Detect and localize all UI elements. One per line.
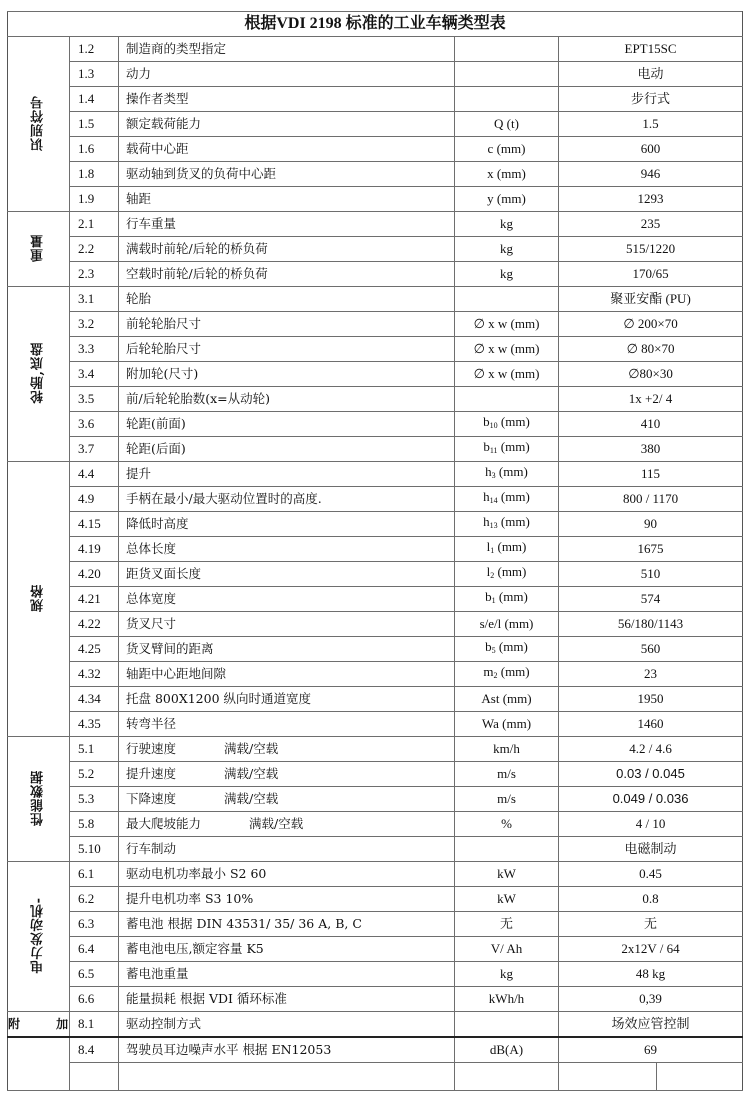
table-row: 1.6载荷中心距c (mm)600 xyxy=(8,137,743,162)
row-unit: % xyxy=(455,812,559,837)
row-label: 蓄电池电压,额定容量 K5 xyxy=(119,937,455,962)
table-row: 4.34托盘 800X1200 纵向时通道宽度Ast (mm)1950 xyxy=(8,687,743,712)
row-value: 1950 xyxy=(559,687,743,712)
label-text: 货叉臂间的距离 xyxy=(126,641,214,656)
row-number: 6.5 xyxy=(70,962,119,987)
label-text: 驱动电机功率最小 S2 60 xyxy=(126,866,266,881)
vdi-spec-sheet: 根据VDI 2198 标准的工业车辆类型表 识别符号1.2制造商的类型指定EPT… xyxy=(7,11,742,1091)
row-number: 4.25 xyxy=(70,637,119,662)
row-value: 4 / 10 xyxy=(559,812,743,837)
row-label: 行驶速度满载/空载 xyxy=(119,737,455,762)
row-value: 0,39 xyxy=(559,987,743,1012)
label-text: 距货叉面长度 xyxy=(126,566,201,581)
group-label: 性能数据 xyxy=(32,770,46,826)
table-row: 3.3后轮轮胎尺寸∅ x w (mm)∅ 80×70 xyxy=(8,337,743,362)
row-unit: kg xyxy=(455,962,559,987)
row-number: 3.6 xyxy=(70,412,119,437)
row-label: 转弯半径 xyxy=(119,712,455,737)
row-label: 能量损耗 根据 VDI 循环标准 xyxy=(119,987,455,1012)
row-number: 4.35 xyxy=(70,712,119,737)
row-label: 操作者类型 xyxy=(119,87,455,112)
row-number: 3.2 xyxy=(70,312,119,337)
label-text: 最大爬坡能力 xyxy=(126,816,201,831)
row-label: 额定载荷能力 xyxy=(119,112,455,137)
row-number: 1.8 xyxy=(70,162,119,187)
row-label: 满载时前轮/后轮的桥负荷 xyxy=(119,237,455,262)
table-row: 4.32轴距中心距地间隙m2 (mm)23 xyxy=(8,662,743,687)
row-label: 轮距(前面) xyxy=(119,412,455,437)
row-number: 3.5 xyxy=(70,387,119,412)
label-text: 提升速度 xyxy=(126,766,176,781)
label-text: 提升电机功率 S3 10% xyxy=(126,891,253,906)
row-value: 无 xyxy=(559,912,743,937)
row-label: 前轮轮胎尺寸 xyxy=(119,312,455,337)
row-unit xyxy=(455,387,559,412)
label-text: 蓄电池电压,额定容量 K5 xyxy=(126,941,264,956)
row-unit: 无 xyxy=(455,912,559,937)
row-number: 5.10 xyxy=(70,837,119,862)
label-text: 轮距(后面) xyxy=(126,441,186,456)
group-label: 识别符号 xyxy=(32,95,46,151)
label-text: 轮胎 xyxy=(126,291,151,306)
table-row: 4.35转弯半径Wa (mm)1460 xyxy=(8,712,743,737)
label-text: 转弯半径 xyxy=(126,716,176,731)
unit-part: (mm) xyxy=(497,664,529,679)
group-label: 规格 xyxy=(32,584,46,612)
row-unit: h14 (mm) xyxy=(455,487,559,512)
row-number: 1.3 xyxy=(70,62,119,87)
row-label: 驾驶员耳边噪声水平 根据 EN12053 xyxy=(119,1037,455,1063)
label-text: 降低时高度 xyxy=(126,516,189,531)
table-row: 5.10行车制动电磁制动 xyxy=(8,837,743,862)
row-value: ∅ 200×70 xyxy=(559,312,743,337)
row-unit xyxy=(455,287,559,312)
row-number: 4.34 xyxy=(70,687,119,712)
row-number: 3.1 xyxy=(70,287,119,312)
row-unit: l1 (mm) xyxy=(455,537,559,562)
row-value: 1x +2/ 4 xyxy=(559,387,743,412)
label-text: 行车重量 xyxy=(126,216,176,231)
table-row: 识别符号1.2制造商的类型指定EPT15SC xyxy=(8,37,743,62)
group-empty xyxy=(8,1037,70,1091)
group-identification: 识别符号 xyxy=(8,37,70,212)
row-number: 6.2 xyxy=(70,887,119,912)
label-text: 轴距中心距地间隙 xyxy=(126,666,226,681)
row-label: 制造商的类型指定 xyxy=(119,37,455,62)
label-text: 附加轮(尺寸) xyxy=(126,366,198,381)
row-number: 4.9 xyxy=(70,487,119,512)
label-text: 驱动控制方式 xyxy=(126,1016,201,1031)
label-condition: 满载/空载 xyxy=(224,742,278,756)
spec-table: 根据VDI 2198 标准的工业车辆类型表 识别符号1.2制造商的类型指定EPT… xyxy=(7,11,743,1091)
row-number: 4.15 xyxy=(70,512,119,537)
empty-cell xyxy=(119,1063,455,1091)
row-value: 410 xyxy=(559,412,743,437)
row-value: 69 xyxy=(559,1037,743,1063)
row-label: 前/后轮轮胎数(x=从动轮) xyxy=(119,387,455,412)
label-text: 手柄在最小/最大驱动位置时的高度. xyxy=(126,491,322,506)
row-label: 降低时高度 xyxy=(119,512,455,537)
row-unit: kW xyxy=(455,862,559,887)
empty-cell xyxy=(455,1063,559,1091)
row-value: 0.03 / 0.045 xyxy=(559,762,743,787)
unit-part: 14 xyxy=(490,496,498,505)
table-row: 4.22货叉尺寸s/e/l (mm)56/180/1143 xyxy=(8,612,743,637)
row-value: EPT15SC xyxy=(559,37,743,62)
row-unit: b10 (mm) xyxy=(455,412,559,437)
row-label: 载荷中心距 xyxy=(119,137,455,162)
table-row: 4.19总体长度l1 (mm)1675 xyxy=(8,537,743,562)
row-label: 货叉尺寸 xyxy=(119,612,455,637)
table-row: 5.2提升速度满载/空载m/s0.03 / 0.045 xyxy=(8,762,743,787)
row-number: 1.4 xyxy=(70,87,119,112)
label-text: 动力 xyxy=(126,66,151,81)
row-label: 下降速度满载/空载 xyxy=(119,787,455,812)
row-label: 驱动电机功率最小 S2 60 xyxy=(119,862,455,887)
unit-part: (mm) xyxy=(498,489,530,504)
label-text: 能量损耗 根据 VDI 循环标准 xyxy=(126,991,287,1006)
row-number: 4.4 xyxy=(70,462,119,487)
row-number: 5.2 xyxy=(70,762,119,787)
row-number: 6.4 xyxy=(70,937,119,962)
group-label: 电力发动机- xyxy=(32,897,46,973)
table-row: 电力发动机-6.1驱动电机功率最小 S2 60kW0.45 xyxy=(8,862,743,887)
table-row: 3.5前/后轮轮胎数(x=从动轮)1x +2/ 4 xyxy=(8,387,743,412)
row-number: 8.1 xyxy=(70,1012,119,1038)
row-label: 空载时前轮/后轮的桥负荷 xyxy=(119,262,455,287)
table-row: 2.2满载时前轮/后轮的桥负荷kg515/1220 xyxy=(8,237,743,262)
row-number: 2.3 xyxy=(70,262,119,287)
row-value: 515/1220 xyxy=(559,237,743,262)
row-number: 3.4 xyxy=(70,362,119,387)
table-row: 4.25货叉臂间的距离b5 (mm)560 xyxy=(8,637,743,662)
table-row: 性能数据5.1行驶速度满载/空载km/h4.2 / 4.6 xyxy=(8,737,743,762)
label-text: 空载时前轮/后轮的桥负荷 xyxy=(126,266,268,281)
row-value: 2x12V / 64 xyxy=(559,937,743,962)
unit-part: (mm) xyxy=(498,414,530,429)
label-text: 总体宽度 xyxy=(126,591,176,606)
row-value: 48 kg xyxy=(559,962,743,987)
row-value: 800 / 1170 xyxy=(559,487,743,512)
row-label: 轴距中心距地间隙 xyxy=(119,662,455,687)
table-row: 6.5蓄电池重量kg48 kg xyxy=(8,962,743,987)
row-value: 聚亚安酯 (PU) xyxy=(559,287,743,312)
row-unit: ∅ x w (mm) xyxy=(455,362,559,387)
empty-cell xyxy=(559,1063,657,1091)
row-unit: ∅ x w (mm) xyxy=(455,337,559,362)
row-unit xyxy=(455,87,559,112)
unit-part: (mm) xyxy=(494,564,526,579)
title-row: 根据VDI 2198 标准的工业车辆类型表 xyxy=(8,12,743,37)
row-value: 场效应管控制 xyxy=(559,1012,743,1038)
row-unit: b11 (mm) xyxy=(455,437,559,462)
row-number: 1.6 xyxy=(70,137,119,162)
row-value: 946 xyxy=(559,162,743,187)
empty-cell xyxy=(657,1063,743,1091)
row-unit: b5 (mm) xyxy=(455,637,559,662)
row-label: 最大爬坡能力满载/空载 xyxy=(119,812,455,837)
row-value: 56/180/1143 xyxy=(559,612,743,637)
table-row: 4.15降低时高度h13 (mm)90 xyxy=(8,512,743,537)
row-label: 货叉臂间的距离 xyxy=(119,637,455,662)
row-unit: x (mm) xyxy=(455,162,559,187)
table-row: 1.3动力电动 xyxy=(8,62,743,87)
row-unit: s/e/l (mm) xyxy=(455,612,559,637)
group-label: 附 加 数 xyxy=(8,1017,70,1031)
row-label: 蓄电池重量 xyxy=(119,962,455,987)
row-number: 5.3 xyxy=(70,787,119,812)
row-value: 380 xyxy=(559,437,743,462)
row-value: 0.45 xyxy=(559,862,743,887)
table-row: 3.7轮距(后面)b11 (mm)380 xyxy=(8,437,743,462)
row-value: 510 xyxy=(559,562,743,587)
label-text: 蓄电池 根据 DIN 43531/ 35/ 36 A, B, C xyxy=(126,916,362,931)
row-number: 1.5 xyxy=(70,112,119,137)
row-label: 提升电机功率 S3 10% xyxy=(119,887,455,912)
label-text: 前轮轮胎尺寸 xyxy=(126,316,201,331)
row-number: 4.19 xyxy=(70,537,119,562)
row-value: 电动 xyxy=(559,62,743,87)
table-row: 3.2前轮轮胎尺寸∅ x w (mm)∅ 200×70 xyxy=(8,312,743,337)
table-row: 2.3空载时前轮/后轮的桥负荷kg170/65 xyxy=(8,262,743,287)
label-text: 蓄电池重量 xyxy=(126,966,189,981)
label-text: 驱动轴到货叉的负荷中心距 xyxy=(126,166,276,181)
unit-part: 10 xyxy=(490,421,498,430)
row-label: 驱动控制方式 xyxy=(119,1012,455,1038)
row-value: 23 xyxy=(559,662,743,687)
table-row: 1.5额定载荷能力Q (t)1.5 xyxy=(8,112,743,137)
row-value: 1675 xyxy=(559,537,743,562)
group-tires: 轮胎,底盘 xyxy=(8,287,70,462)
unit-part: m xyxy=(483,664,493,679)
row-label: 附加轮(尺寸) xyxy=(119,362,455,387)
row-number: 6.6 xyxy=(70,987,119,1012)
table-row: 附 加 数8.1驱动控制方式场效应管控制 xyxy=(8,1012,743,1038)
label-text: 驾驶员耳边噪声水平 根据 EN12053 xyxy=(126,1042,331,1057)
row-unit: V/ Ah xyxy=(455,937,559,962)
table-row: 6.2提升电机功率 S3 10%kW0.8 xyxy=(8,887,743,912)
label-condition: 满载/空载 xyxy=(224,792,278,806)
label-text: 操作者类型 xyxy=(126,91,189,106)
row-number: 1.2 xyxy=(70,37,119,62)
row-unit: kg xyxy=(455,262,559,287)
row-unit: c (mm) xyxy=(455,137,559,162)
unit-part: (mm) xyxy=(498,514,530,529)
label-text: 托盘 800X1200 纵向时通道宽度 xyxy=(126,691,311,706)
row-unit: b1 (mm) xyxy=(455,587,559,612)
group-label: 重量 xyxy=(32,234,46,262)
row-unit: Ast (mm) xyxy=(455,687,559,712)
table-row: 6.6能量损耗 根据 VDI 循环标准kWh/h0,39 xyxy=(8,987,743,1012)
row-unit: Wa (mm) xyxy=(455,712,559,737)
table-row: 轮胎,底盘3.1轮胎聚亚安酯 (PU) xyxy=(8,287,743,312)
row-number: 6.1 xyxy=(70,862,119,887)
row-label: 后轮轮胎尺寸 xyxy=(119,337,455,362)
row-number: 8.4 xyxy=(70,1037,119,1063)
row-number: 5.8 xyxy=(70,812,119,837)
page-title: 根据VDI 2198 标准的工业车辆类型表 xyxy=(8,12,743,37)
row-unit xyxy=(455,837,559,862)
label-text: 载荷中心距 xyxy=(126,141,189,156)
table-row: 8.4驾驶员耳边噪声水平 根据 EN12053dB(A)69 xyxy=(8,1037,743,1063)
row-unit: l2 (mm) xyxy=(455,562,559,587)
unit-part: 13 xyxy=(490,521,498,530)
row-label: 提升速度满载/空载 xyxy=(119,762,455,787)
group-motor: 电力发动机- xyxy=(8,862,70,1012)
table-row: 规格4.4提升h3 (mm)115 xyxy=(8,462,743,487)
row-number: 2.2 xyxy=(70,237,119,262)
row-unit: kW xyxy=(455,887,559,912)
table-row: 3.4附加轮(尺寸)∅ x w (mm)∅80×30 xyxy=(8,362,743,387)
row-value: 1460 xyxy=(559,712,743,737)
row-label: 行车制动 xyxy=(119,837,455,862)
table-row: 6.3蓄电池 根据 DIN 43531/ 35/ 36 A, B, C无无 xyxy=(8,912,743,937)
label-condition: 满载/空载 xyxy=(249,817,303,831)
row-number: 3.3 xyxy=(70,337,119,362)
row-value: 560 xyxy=(559,637,743,662)
label-text: 制造商的类型指定 xyxy=(126,41,226,56)
table-row: 1.9轴距y (mm)1293 xyxy=(8,187,743,212)
label-text: 行驶速度 xyxy=(126,741,176,756)
row-label: 托盘 800X1200 纵向时通道宽度 xyxy=(119,687,455,712)
label-text: 轮距(前面) xyxy=(126,416,186,431)
unit-part: (mm) xyxy=(496,589,528,604)
group-performance: 性能数据 xyxy=(8,737,70,862)
label-text: 前/后轮轮胎数(x=从动轮) xyxy=(126,391,270,406)
label-text: 货叉尺寸 xyxy=(126,616,176,631)
unit-part: (mm) xyxy=(496,464,528,479)
unit-part: (mm) xyxy=(498,439,530,454)
table-row: 6.4蓄电池电压,额定容量 K5V/ Ah2x12V / 64 xyxy=(8,937,743,962)
row-label: 轮胎 xyxy=(119,287,455,312)
row-unit: m/s xyxy=(455,787,559,812)
row-unit: y (mm) xyxy=(455,187,559,212)
label-condition: 满载/空载 xyxy=(224,767,278,781)
row-label: 蓄电池 根据 DIN 43531/ 35/ 36 A, B, C xyxy=(119,912,455,937)
row-number: 6.3 xyxy=(70,912,119,937)
row-value: 235 xyxy=(559,212,743,237)
row-value: 115 xyxy=(559,462,743,487)
table-row: 5.3下降速度满载/空载m/s0.049 / 0.036 xyxy=(8,787,743,812)
row-unit: km/h xyxy=(455,737,559,762)
row-number: 4.22 xyxy=(70,612,119,637)
table-row: 重量2.1行车重量kg235 xyxy=(8,212,743,237)
row-number: 5.1 xyxy=(70,737,119,762)
row-unit: Q (t) xyxy=(455,112,559,137)
empty-row xyxy=(8,1063,743,1091)
group-label: 轮胎,底盘 xyxy=(32,342,46,404)
row-value: 1.5 xyxy=(559,112,743,137)
table-row: 4.20距货叉面长度l2 (mm)510 xyxy=(8,562,743,587)
unit-part: (mm) xyxy=(494,539,526,554)
table-row: 4.21总体宽度b1 (mm)574 xyxy=(8,587,743,612)
row-unit: kg xyxy=(455,237,559,262)
table-row: 1.8驱动轴到货叉的负荷中心距x (mm)946 xyxy=(8,162,743,187)
table-row: 4.9手柄在最小/最大驱动位置时的高度.h14 (mm)800 / 1170 xyxy=(8,487,743,512)
row-unit: h3 (mm) xyxy=(455,462,559,487)
row-label: 动力 xyxy=(119,62,455,87)
row-number: 2.1 xyxy=(70,212,119,237)
row-value: 步行式 xyxy=(559,87,743,112)
row-value: 4.2 / 4.6 xyxy=(559,737,743,762)
row-value: ∅80×30 xyxy=(559,362,743,387)
row-unit xyxy=(455,1012,559,1038)
row-value: 电磁制动 xyxy=(559,837,743,862)
unit-part: 11 xyxy=(490,446,498,455)
label-text: 行车制动 xyxy=(126,841,176,856)
row-value: 1293 xyxy=(559,187,743,212)
row-label: 手柄在最小/最大驱动位置时的高度. xyxy=(119,487,455,512)
row-label: 提升 xyxy=(119,462,455,487)
table-row: 3.6轮距(前面)b10 (mm)410 xyxy=(8,412,743,437)
row-unit: dB(A) xyxy=(455,1037,559,1063)
group-weight: 重量 xyxy=(8,212,70,287)
row-value: 600 xyxy=(559,137,743,162)
row-label: 距货叉面长度 xyxy=(119,562,455,587)
row-label: 轴距 xyxy=(119,187,455,212)
empty-cell xyxy=(70,1063,119,1091)
row-number: 4.32 xyxy=(70,662,119,687)
row-unit: ∅ x w (mm) xyxy=(455,312,559,337)
row-value: 0.049 / 0.036 xyxy=(559,787,743,812)
label-text: 下降速度 xyxy=(126,791,176,806)
label-text: 后轮轮胎尺寸 xyxy=(126,341,201,356)
row-label: 驱动轴到货叉的负荷中心距 xyxy=(119,162,455,187)
group-dimensions: 规格 xyxy=(8,462,70,737)
label-text: 提升 xyxy=(126,466,151,481)
row-number: 1.9 xyxy=(70,187,119,212)
row-number: 3.7 xyxy=(70,437,119,462)
row-label: 轮距(后面) xyxy=(119,437,455,462)
label-text: 满载时前轮/后轮的桥负荷 xyxy=(126,241,268,256)
group-additional: 附 加 数 xyxy=(8,1012,70,1038)
row-number: 4.20 xyxy=(70,562,119,587)
unit-part: (mm) xyxy=(496,639,528,654)
label-text: 额定载荷能力 xyxy=(126,116,201,131)
row-label: 总体长度 xyxy=(119,537,455,562)
row-value: 574 xyxy=(559,587,743,612)
row-unit: m/s xyxy=(455,762,559,787)
row-value: 90 xyxy=(559,512,743,537)
label-text: 轴距 xyxy=(126,191,151,206)
row-label: 总体宽度 xyxy=(119,587,455,612)
row-value: ∅ 80×70 xyxy=(559,337,743,362)
row-value: 170/65 xyxy=(559,262,743,287)
table-row: 1.4操作者类型步行式 xyxy=(8,87,743,112)
row-unit: kg xyxy=(455,212,559,237)
row-unit xyxy=(455,37,559,62)
row-unit: kWh/h xyxy=(455,987,559,1012)
row-unit: h13 (mm) xyxy=(455,512,559,537)
table-row: 5.8最大爬坡能力满载/空载%4 / 10 xyxy=(8,812,743,837)
row-number: 4.21 xyxy=(70,587,119,612)
row-unit: m2 (mm) xyxy=(455,662,559,687)
row-label: 行车重量 xyxy=(119,212,455,237)
row-unit xyxy=(455,62,559,87)
row-value: 0.8 xyxy=(559,887,743,912)
label-text: 总体长度 xyxy=(126,541,176,556)
